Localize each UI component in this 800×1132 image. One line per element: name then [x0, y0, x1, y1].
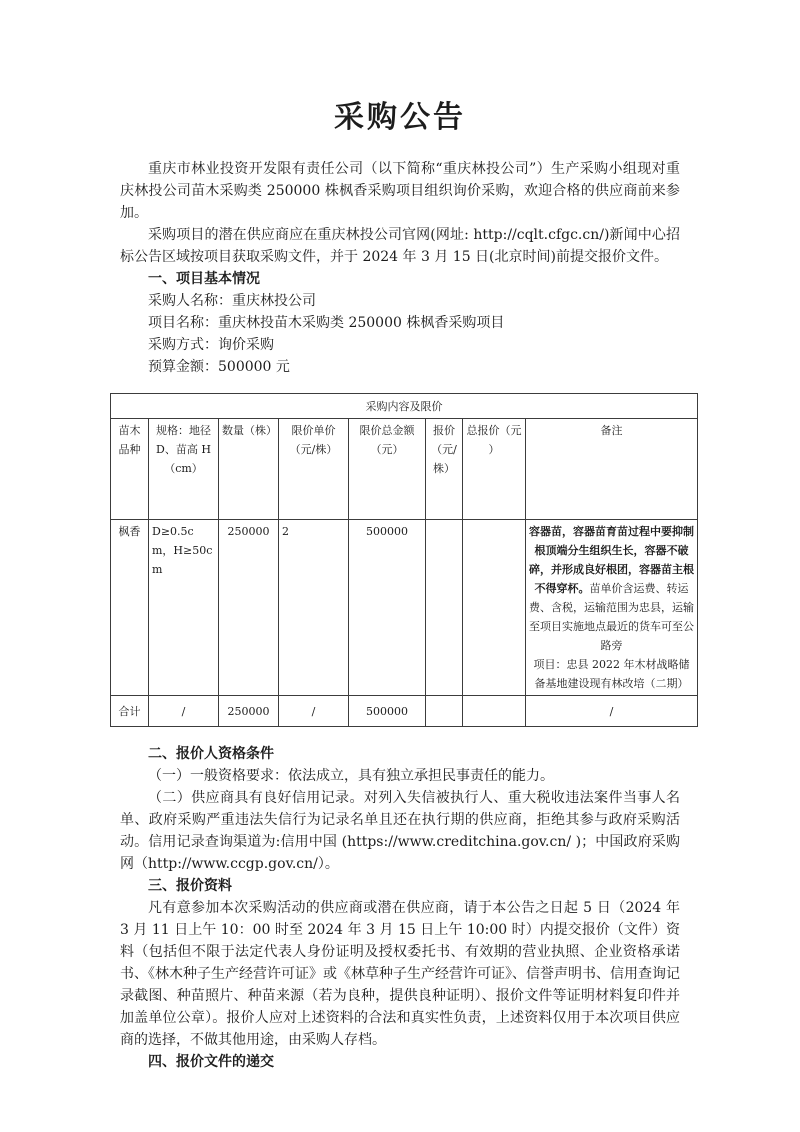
total-quote-cell [463, 520, 526, 696]
quote-cell [426, 520, 463, 696]
total-limit-unit-price-cell: / [279, 696, 349, 727]
quote-materials-paragraph: 凡有意参加本次采购活动的供应商或潜在供应商，请于本公告之日起 5 日（2024 … [120, 897, 680, 1051]
intro-paragraph-2: 采购项目的潜在供应商应在重庆林投公司官网(网址: http://cqlt.cfg… [120, 224, 680, 268]
col-header-total-quote: 总报价（元 ） [463, 419, 526, 520]
info-line-project-name: 项目名称：重庆林投苗木采购类 250000 株枫香采购项目 [120, 312, 680, 334]
section-heading-qualification: 二、报价人资格条件 [120, 743, 680, 765]
intro-paragraph-1: 重庆市林业投资开发限有责任公司（以下简称“重庆林投公司”）生产采购小组现对重庆林… [120, 158, 680, 224]
info-line-method: 采购方式：询价采购 [120, 334, 680, 356]
section-heading-basic-info: 一、项目基本情况 [120, 268, 680, 290]
page-title: 采购公告 [120, 100, 680, 136]
total-quote-empty-cell [426, 696, 463, 727]
total-limit-total-cell: 500000 [349, 696, 426, 727]
remark-paragraph-1: 容器苗，容器苗育苗过程中要抑制根顶端分生组织生长，容器不破碎，并形成良好根团，容… [529, 522, 694, 655]
procurement-table: 采购内容及限价 苗木品种 规格：地径 D、苗高 H（cm） 数量（株） 限价单价… [110, 393, 698, 727]
table-total-row: 合计 / 250000 / 500000 / [111, 696, 698, 727]
section-heading-quote-materials: 三、报价资料 [120, 875, 680, 897]
info-line-purchaser: 采购人名称：重庆林投公司 [120, 290, 680, 312]
qualification-paragraph-1: （一）一般资格要求：依法成立，具有独立承担民事责任的能力。 [120, 765, 680, 787]
total-total-quote-empty-cell [463, 696, 526, 727]
col-header-limit-total: 限价总金额（元） [349, 419, 426, 520]
col-header-limit-unit-price: 限价单价（元/株） [279, 419, 349, 520]
total-remark-cell: / [526, 696, 698, 727]
info-line-budget: 预算金额：500000 元 [120, 356, 680, 378]
quantity-cell: 250000 [219, 520, 279, 696]
limit-total-cell: 500000 [349, 520, 426, 696]
total-label-cell: 合计 [111, 696, 149, 727]
col-header-quantity: 数量（株） [219, 419, 279, 520]
qualification-paragraph-2: （二）供应商具有良好信用记录。对列入失信被执行人、重大税收违法案件当事人名单、政… [120, 787, 680, 875]
remark-cell: 容器苗，容器苗育苗过程中要抑制根顶端分生组织生长，容器不破碎，并形成良好根团，容… [526, 520, 698, 696]
total-spec-cell: / [149, 696, 219, 727]
document-content: 采购公告 重庆市林业投资开发限有责任公司（以下简称“重庆林投公司”）生产采购小组… [0, 0, 800, 1073]
table-title: 采购内容及限价 [111, 394, 698, 419]
document-page: 采购公告 重庆市林业投资开发限有责任公司（以下简称“重庆林投公司”）生产采购小组… [0, 0, 800, 1132]
spec-cell: D≥0.5cm，H≥50cm [149, 520, 219, 696]
section-heading-quote-submission: 四、报价文件的递交 [120, 1051, 680, 1073]
limit-unit-price-cell: 2 [279, 520, 349, 696]
table-row: 枫香 D≥0.5cm，H≥50cm 250000 2 500000 容器苗，容器… [111, 520, 698, 696]
col-header-quote: 报价（元/株） [426, 419, 463, 520]
variety-cell: 枫香 [111, 520, 149, 696]
col-header-spec: 规格：地径 D、苗高 H（cm） [149, 419, 219, 520]
col-header-variety: 苗木品种 [111, 419, 149, 520]
table-title-row: 采购内容及限价 [111, 394, 698, 419]
total-quantity-cell: 250000 [219, 696, 279, 727]
col-header-remark: 备注 [526, 419, 698, 520]
table-header-row: 苗木品种 规格：地径 D、苗高 H（cm） 数量（株） 限价单价（元/株） 限价… [111, 419, 698, 520]
remark-paragraph-2: 项目：忠县 2022 年木材战略储备基地建设现有林改培（二期） [529, 655, 694, 693]
